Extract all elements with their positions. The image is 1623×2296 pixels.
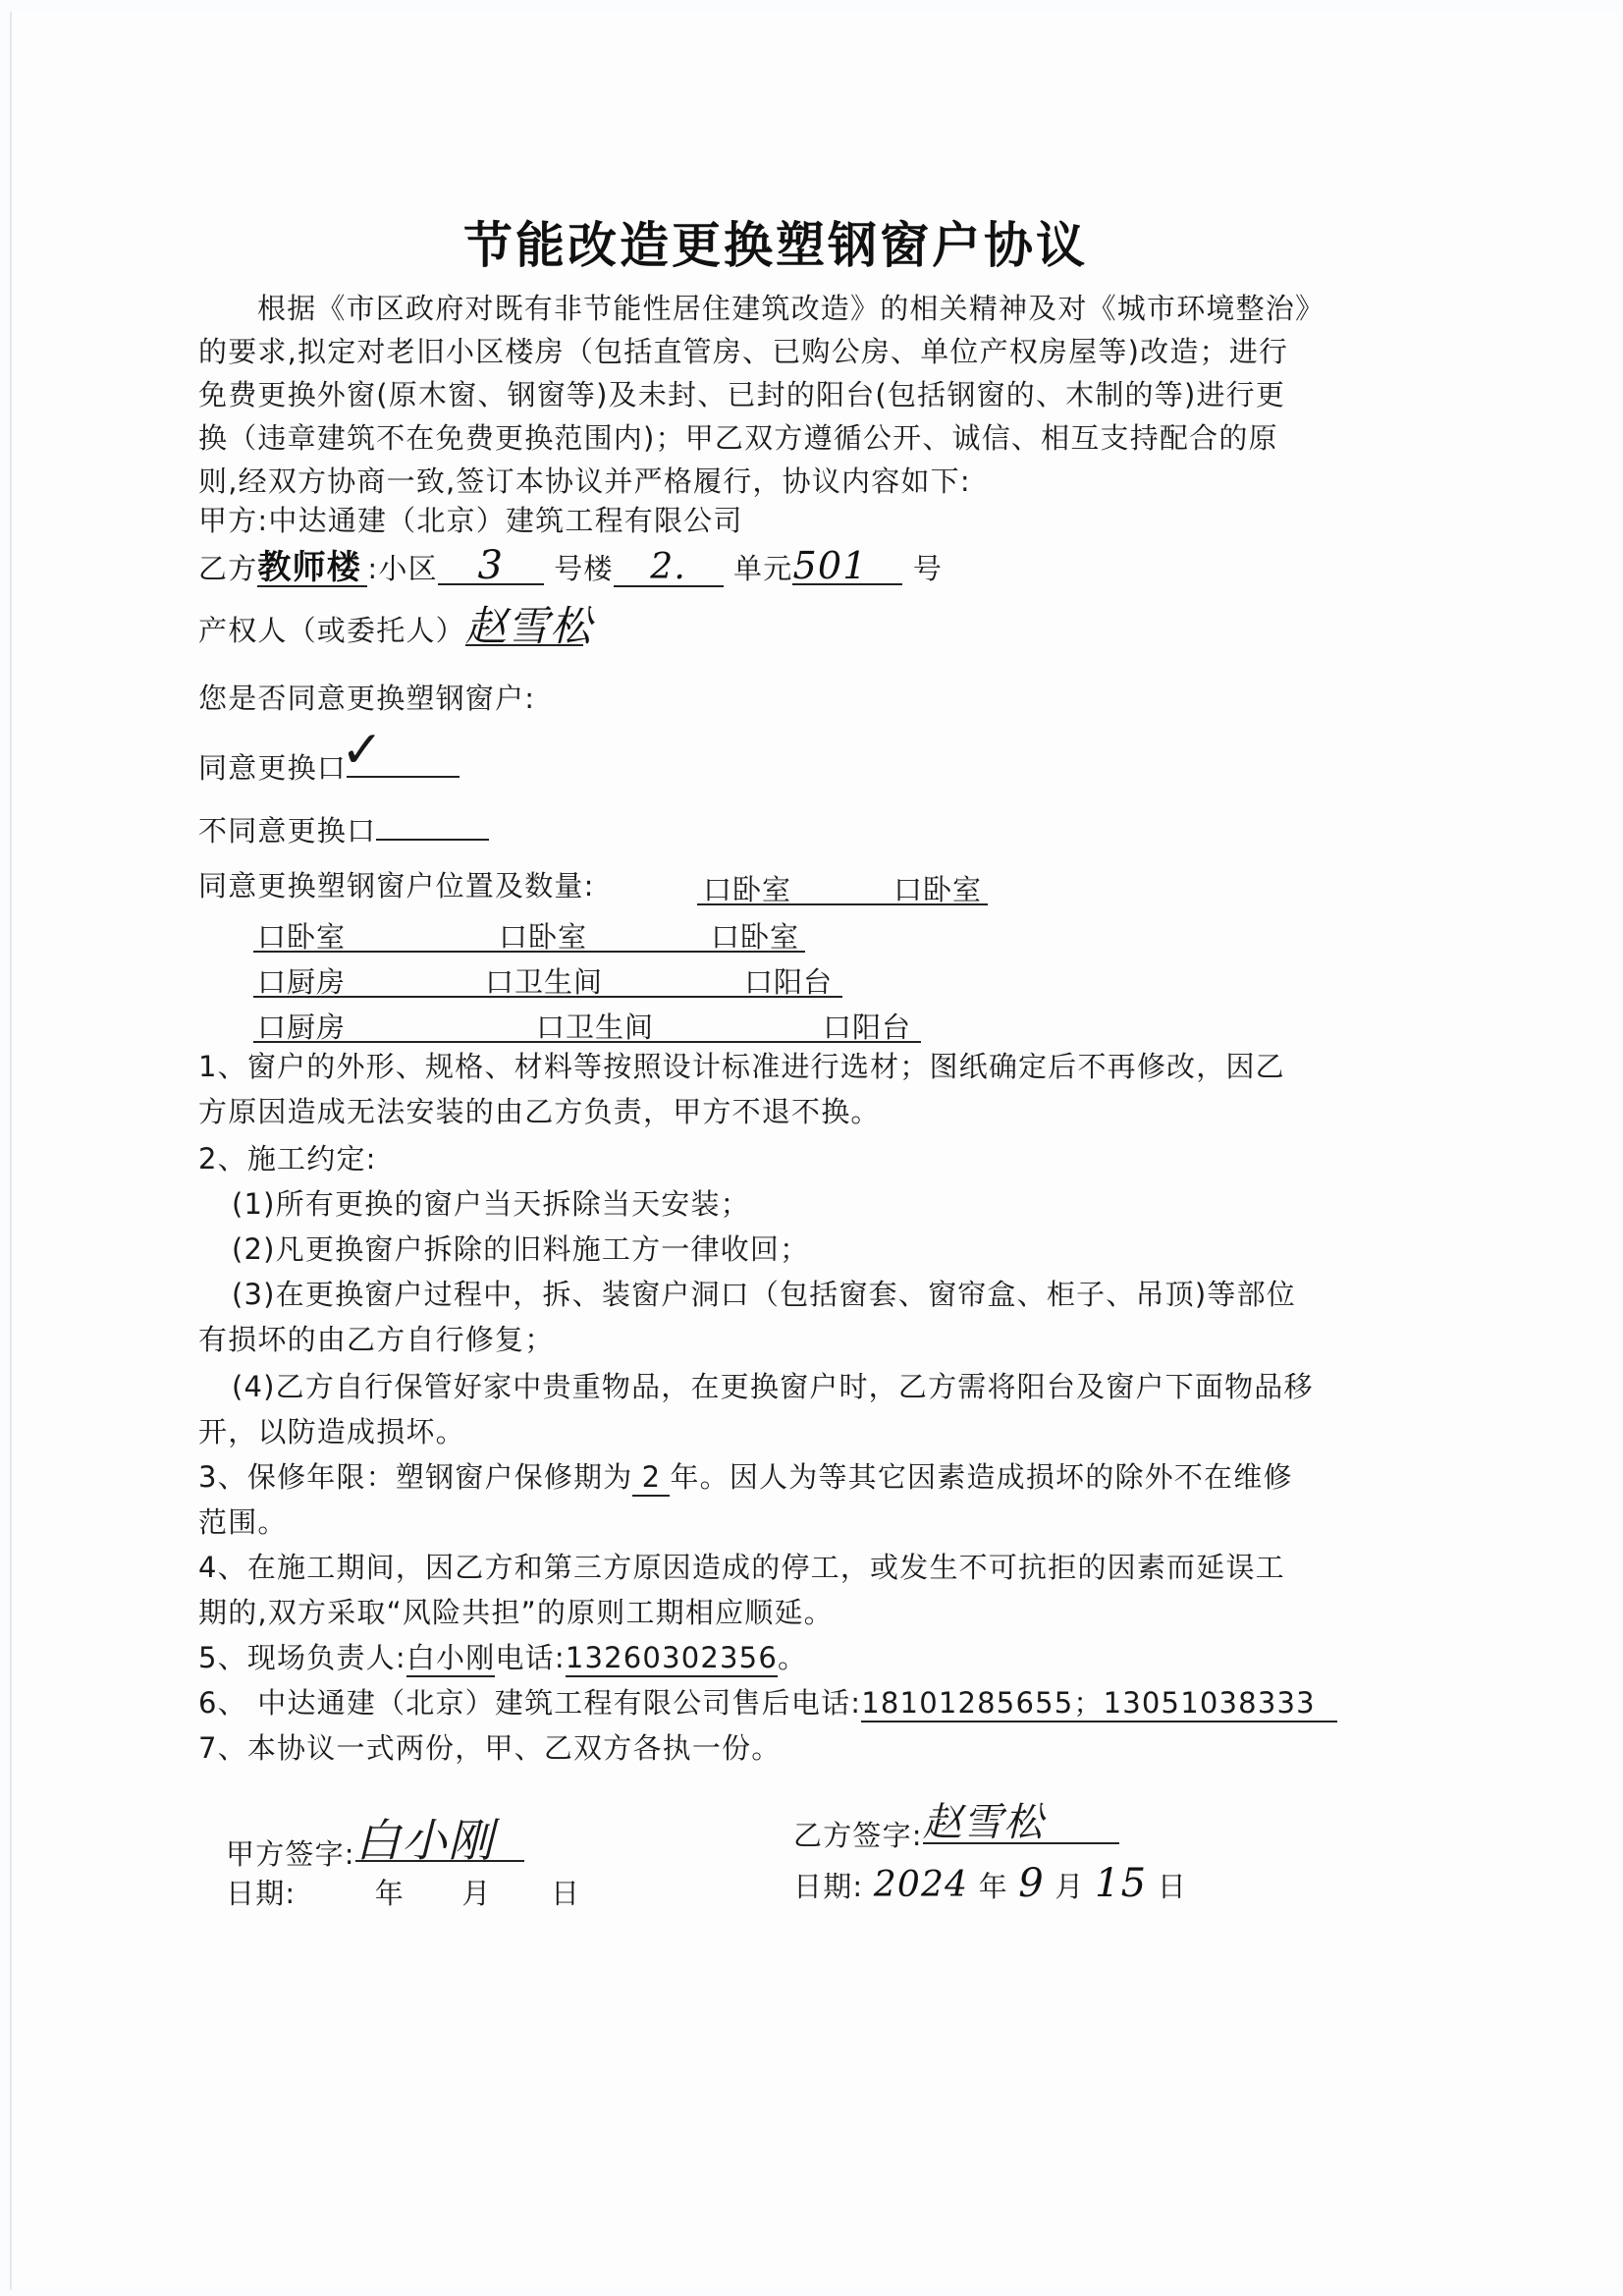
- clause-7: 7、本协议一式两份，甲、乙双方各执一份。: [198, 1730, 781, 1766]
- owner-name-field[interactable]: 赵雪松: [465, 609, 583, 646]
- intro-line-1: 根据《市区政府对既有非节能性居住建筑改造》的相关精神及对《城市环境整治》: [257, 291, 1325, 326]
- party-a-date-line: 日期: 年 月 日: [226, 1876, 580, 1911]
- party-b-day-field[interactable]: 15: [1095, 1866, 1147, 1901]
- party-b-signature-line: 乙方签字:赵雪松: [793, 1813, 1119, 1854]
- location-option-kitchen[interactable]: 口厨房: [257, 1006, 346, 1046]
- clause-2-item-1: (1)所有更换的窗户当天拆除当天安装；: [232, 1186, 750, 1222]
- party-b-month-field[interactable]: 9: [1018, 1866, 1045, 1901]
- party-a-label: 甲方:: [198, 504, 268, 537]
- party-b-signature-field[interactable]: 赵雪松: [923, 1803, 1119, 1844]
- party-b-signature-label: 乙方签字:: [793, 1819, 923, 1852]
- party-a-year-unit: 年: [375, 1877, 405, 1910]
- party-b-date-line: 日期: 2024 年 9 月 15 日: [793, 1866, 1187, 1904]
- location-option-kitchen[interactable]: 口厨房: [257, 960, 346, 1001]
- intro-line-3: 免费更换外窗(原木窗、钢窗等)及未封、已封的阳台(包括钢窗的、木制的等)进行更: [198, 377, 1285, 412]
- unit-suffix: 单元: [733, 552, 792, 585]
- disagree-checkbox-field[interactable]: [376, 811, 489, 841]
- clause-2-item-4-line-2: 开，以防造成损坏。: [198, 1414, 465, 1449]
- locations-row-1: 口卧室 口卧室 口卧室: [253, 915, 805, 953]
- agree-line: 同意更换口✓: [198, 746, 460, 786]
- locations-row-3: 口厨房 口卫生间 口阳台: [253, 1006, 921, 1043]
- clause-1-line-2: 方原因造成无法安装的由乙方负责，甲方不退不换。: [198, 1094, 881, 1129]
- community-suffix: :小区: [367, 552, 437, 585]
- locations-row-2: 口厨房 口卫生间 口阳台: [253, 960, 842, 998]
- location-option-bedroom[interactable]: 口卧室: [711, 915, 799, 956]
- party-a-line: 甲方:中达通建（北京）建筑工程有限公司: [198, 503, 743, 538]
- clause-5: 5、现场负责人:白小刚电话:13260302356。: [198, 1640, 807, 1677]
- party-b-year-field[interactable]: 2024: [874, 1868, 968, 1903]
- party-b-day-unit: 日: [1158, 1870, 1187, 1903]
- clause-5-prefix: 5、现场负责人:: [198, 1641, 406, 1674]
- clause-3-line-2: 范围。: [198, 1504, 288, 1540]
- party-b-label: 乙方: [198, 552, 257, 585]
- intro-line-5: 则,经双方协商一致,签订本协议并严格履行，协议内容如下:: [198, 464, 971, 499]
- checkmark-icon: ✓: [341, 725, 385, 776]
- owner-label: 产权人（或委托人）: [198, 614, 465, 647]
- document-title: 节能改造更换塑钢窗户协议: [463, 206, 1088, 277]
- clause-3-suffix: 年。因人为等其它因素造成损坏的除外不在维修: [670, 1460, 1292, 1494]
- location-option-bedroom[interactable]: 口卧室: [703, 868, 791, 908]
- disagree-line: 不同意更换口: [198, 811, 489, 848]
- clause-2-item-2: (2)凡更换窗户拆除的旧料施工方一律收回；: [232, 1231, 809, 1267]
- room-number-field[interactable]: 501: [792, 548, 902, 585]
- room-suffix: 号: [913, 552, 943, 585]
- community-name-field[interactable]: 教师楼: [257, 550, 367, 587]
- unit-number-field[interactable]: 2.: [614, 550, 724, 587]
- party-a-name: 中达通建（北京）建筑工程有限公司: [268, 504, 742, 537]
- clause-6: 6、 中达通建（北京）建筑工程有限公司售后电话:18101285655；1305…: [198, 1685, 1337, 1722]
- location-option-bedroom[interactable]: 口卧室: [893, 868, 982, 908]
- clause-3-prefix: 3、保修年限：塑钢窗户保修期为: [198, 1460, 632, 1494]
- party-a-signature-line: 甲方签字:白小刚: [226, 1829, 524, 1872]
- locations-label: 同意更换塑钢窗户位置及数量:: [198, 868, 595, 903]
- site-manager-name: 白小刚: [406, 1640, 496, 1677]
- clause-2-item-3-line-1: (3)在更换窗户过程中，拆、装窗户洞口（包括窗套、窗帘盒、柜子、吊顶)等部位: [232, 1277, 1296, 1312]
- party-a-date-label: 日期:: [226, 1877, 296, 1910]
- party-b-address-line: 乙方教师楼:小区3 号楼2. 单元501 号: [198, 548, 943, 587]
- agree-checkbox-field[interactable]: ✓: [347, 746, 460, 778]
- party-a-signature-label: 甲方签字:: [226, 1837, 355, 1871]
- party-b-date-label: 日期:: [793, 1870, 863, 1903]
- location-option-bedroom[interactable]: 口卧室: [257, 915, 346, 956]
- clause-2-item-3-line-2: 有损坏的由乙方自行修复；: [198, 1322, 554, 1357]
- clause-2-title: 2、施工约定:: [198, 1141, 377, 1176]
- warranty-years-field[interactable]: 2: [632, 1459, 670, 1497]
- party-a-day-unit: 日: [551, 1877, 580, 1910]
- location-option-bathroom[interactable]: 口卫生间: [536, 1006, 654, 1046]
- location-option-balcony[interactable]: 口阳台: [823, 1006, 911, 1046]
- party-a-month-unit: 月: [461, 1877, 491, 1910]
- party-b-year-unit: 年: [979, 1870, 1008, 1903]
- clause-4-line-1: 4、在施工期间，因乙方和第三方原因造成的停工，或发生不可抗拒的因素而延误工: [198, 1550, 1285, 1585]
- locations-row-0: 口卧室 口卧室: [697, 868, 988, 905]
- owner-line: 产权人（或委托人）赵雪松: [198, 609, 583, 648]
- clause-5-phone-label: 电话:: [495, 1641, 565, 1674]
- location-option-bathroom[interactable]: 口卫生间: [485, 960, 603, 1001]
- clause-1-line-1: 1、窗户的外形、规格、材料等按照设计标准进行选材；图纸确定后不再修改，因乙: [198, 1049, 1285, 1084]
- clause-2-item-4-line-1: (4)乙方自行保管好家中贵重物品，在更换窗户时，乙方需将阳台及窗户下面物品移: [232, 1369, 1314, 1404]
- site-manager-phone[interactable]: 13260302356: [566, 1640, 778, 1677]
- after-sales-phones[interactable]: 18101285655；13051038333: [861, 1685, 1337, 1722]
- intro-line-2: 的要求,拟定对老旧小区楼房（包括直管房、已购公房、单位产权房屋等)改造；进行: [198, 334, 1288, 369]
- clause-4-line-2: 期的,双方采取“风险共担”的原则工期相应顺延。: [198, 1595, 834, 1630]
- location-option-balcony[interactable]: 口阳台: [744, 960, 833, 1001]
- agree-label: 同意更换口: [198, 751, 347, 785]
- disagree-label: 不同意更换口: [198, 814, 376, 847]
- building-number-field[interactable]: 3: [438, 548, 544, 585]
- clause-6-prefix: 6、 中达通建（北京）建筑工程有限公司售后电话:: [198, 1686, 861, 1720]
- party-b-month-unit: 月: [1055, 1870, 1084, 1903]
- consent-question: 您是否同意更换塑钢窗户:: [198, 681, 535, 716]
- location-option-bedroom[interactable]: 口卧室: [499, 915, 587, 956]
- building-suffix: 号楼: [554, 552, 613, 585]
- clause-3-line-1: 3、保修年限：塑钢窗户保修期为2年。因人为等其它因素造成损坏的除外不在维修: [198, 1459, 1293, 1497]
- clause-5-end: 。: [778, 1641, 807, 1674]
- intro-line-4: 换（违章建筑不在免费更换范围内)；甲乙双方遵循公开、诚信、相互支持配合的原: [198, 420, 1278, 456]
- party-a-signature-field[interactable]: 白小刚: [355, 1821, 524, 1862]
